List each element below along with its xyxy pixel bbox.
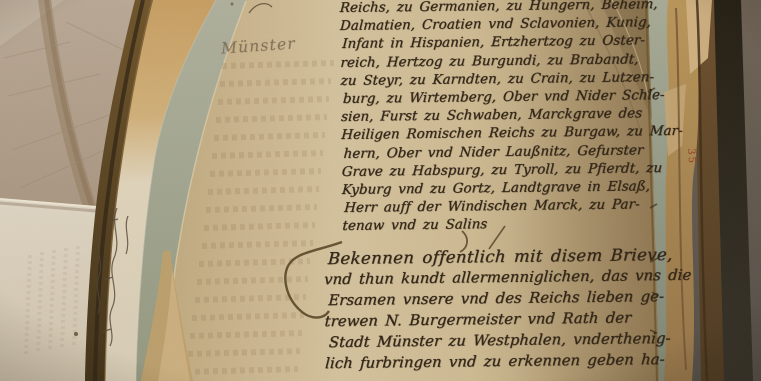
archive-photo: Münster Reichs, zu Germanien, zu Hungern… xyxy=(0,0,761,381)
manuscript-text: Reichs, zu Germanien, zu Hungern, Beheim… xyxy=(339,0,666,374)
manuscript-line: lich furbringen vnd zu erkennen geben ha… xyxy=(325,349,667,374)
paragraph-imperial-titles: Reichs, zu Germanien, zu Hungern, Beheim… xyxy=(339,0,664,236)
manuscript-line: tenaw vnd zu Salins xyxy=(342,214,665,236)
paragraph-bekennen: Bekennen offentlich mit disem Brieve, vn… xyxy=(327,244,666,374)
red-edge-mark: 35 xyxy=(685,148,697,165)
